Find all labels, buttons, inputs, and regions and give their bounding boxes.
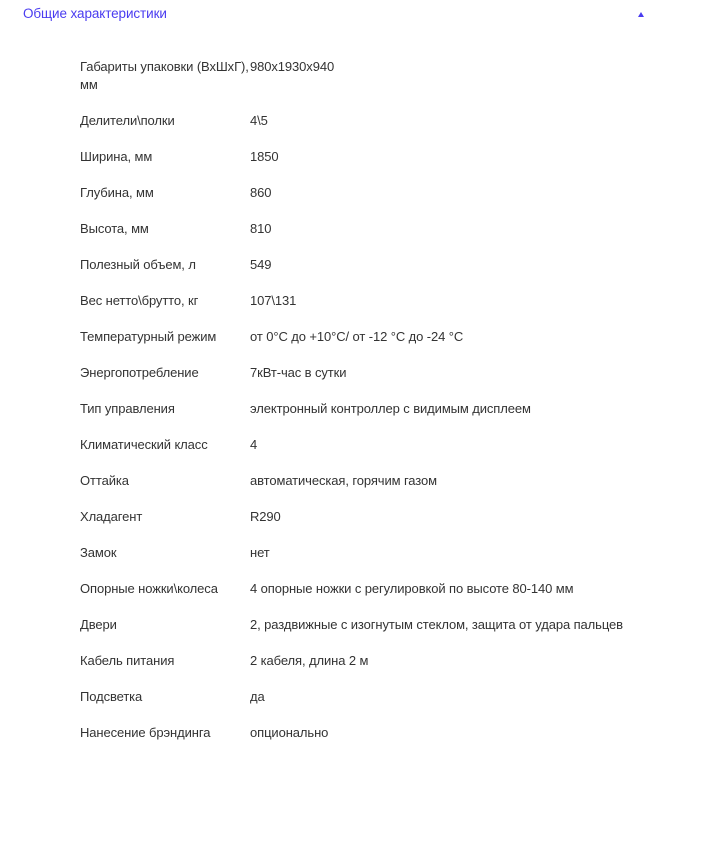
spec-value: нет xyxy=(250,544,700,562)
spec-label: Подсветка xyxy=(80,688,250,706)
spec-row: Глубина, мм860 xyxy=(80,184,700,220)
spec-label: Ширина, мм xyxy=(80,148,250,166)
spec-value: автоматическая, горячим газом xyxy=(250,472,700,490)
spec-label: Тип управления xyxy=(80,400,250,418)
specs-accordion-header[interactable]: Общие характеристики xyxy=(0,0,717,30)
spec-row: Кабель питания2 кабеля, длина 2 м xyxy=(80,652,700,688)
spec-label: Делители\полки xyxy=(80,112,250,130)
spec-row: Двери2, раздвижные с изогнутым стеклом, … xyxy=(80,616,700,652)
spec-label: Оттайка xyxy=(80,472,250,490)
spec-value: 7кВт-час в сутки xyxy=(250,364,700,382)
spec-label: Габариты упаковки (ВхШхГ), мм xyxy=(80,58,250,94)
spec-row: Тип управленияэлектронный контроллер с в… xyxy=(80,400,700,436)
spec-value: 860 xyxy=(250,184,700,202)
spec-label: Энергопотребление xyxy=(80,364,250,382)
spec-value: от 0°С до +10°С/ от -12 °С до -24 °С xyxy=(250,328,700,346)
spec-label: Вес нетто\брутто, кг xyxy=(80,292,250,310)
spec-row: Ширина, мм1850 xyxy=(80,148,700,184)
spec-label: Кабель питания xyxy=(80,652,250,670)
spec-label: Хладагент xyxy=(80,508,250,526)
specs-table: Габариты упаковки (ВхШхГ), мм980x1930x94… xyxy=(80,58,700,760)
spec-label: Двери xyxy=(80,616,250,634)
spec-value: 4 xyxy=(250,436,700,454)
spec-row: ХладагентR290 xyxy=(80,508,700,544)
section-title[interactable]: Общие характеристики xyxy=(23,6,167,21)
spec-row: Энергопотребление7кВт-час в сутки xyxy=(80,364,700,400)
spec-row: Температурный режимот 0°С до +10°С/ от -… xyxy=(80,328,700,364)
spec-value: 2 кабеля, длина 2 м xyxy=(250,652,700,670)
spec-value: опционально xyxy=(250,724,700,742)
spec-row: Оттайкаавтоматическая, горячим газом xyxy=(80,472,700,508)
spec-label: Глубина, мм xyxy=(80,184,250,202)
spec-row: Опорные ножки\колеса4 опорные ножки с ре… xyxy=(80,580,700,616)
spec-row: Нанесение брэндингаопционально xyxy=(80,724,700,760)
spec-value: 4\5 xyxy=(250,112,700,130)
spec-value: электронный контроллер с видимым дисплее… xyxy=(250,400,700,418)
spec-value: 4 опорные ножки с регулировкой по высоте… xyxy=(250,580,700,598)
spec-value: да xyxy=(250,688,700,706)
spec-value: 980x1930x940 xyxy=(250,58,700,94)
spec-row: Полезный объем, л549 xyxy=(80,256,700,292)
spec-label: Температурный режим xyxy=(80,328,250,346)
triangle-up-icon[interactable] xyxy=(638,12,644,17)
spec-row: Климатический класс4 xyxy=(80,436,700,472)
spec-row: Вес нетто\брутто, кг107\131 xyxy=(80,292,700,328)
spec-value: 1850 xyxy=(250,148,700,166)
spec-row: Замокнет xyxy=(80,544,700,580)
spec-label: Высота, мм xyxy=(80,220,250,238)
spec-value: 2, раздвижные с изогнутым стеклом, защит… xyxy=(250,616,700,634)
spec-row: Габариты упаковки (ВхШхГ), мм980x1930x94… xyxy=(80,58,700,112)
spec-value: 810 xyxy=(250,220,700,238)
spec-label: Замок xyxy=(80,544,250,562)
spec-label: Полезный объем, л xyxy=(80,256,250,274)
spec-row: Высота, мм810 xyxy=(80,220,700,256)
spec-label: Опорные ножки\колеса xyxy=(80,580,250,598)
spec-value: R290 xyxy=(250,508,700,526)
spec-row: Подсветкада xyxy=(80,688,700,724)
spec-value: 107\131 xyxy=(250,292,700,310)
spec-label: Климатический класс xyxy=(80,436,250,454)
spec-label: Нанесение брэндинга xyxy=(80,724,250,742)
spec-value: 549 xyxy=(250,256,700,274)
spec-row: Делители\полки4\5 xyxy=(80,112,700,148)
